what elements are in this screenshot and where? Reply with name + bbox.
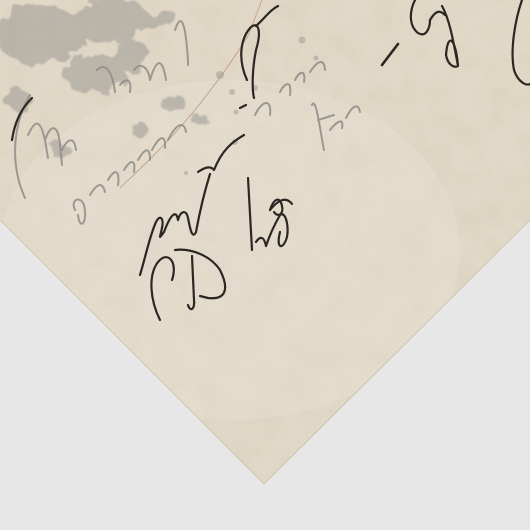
- paper-corner: [0, 0, 530, 530]
- paper-grain: [0, 0, 530, 490]
- product-scene: [0, 0, 530, 530]
